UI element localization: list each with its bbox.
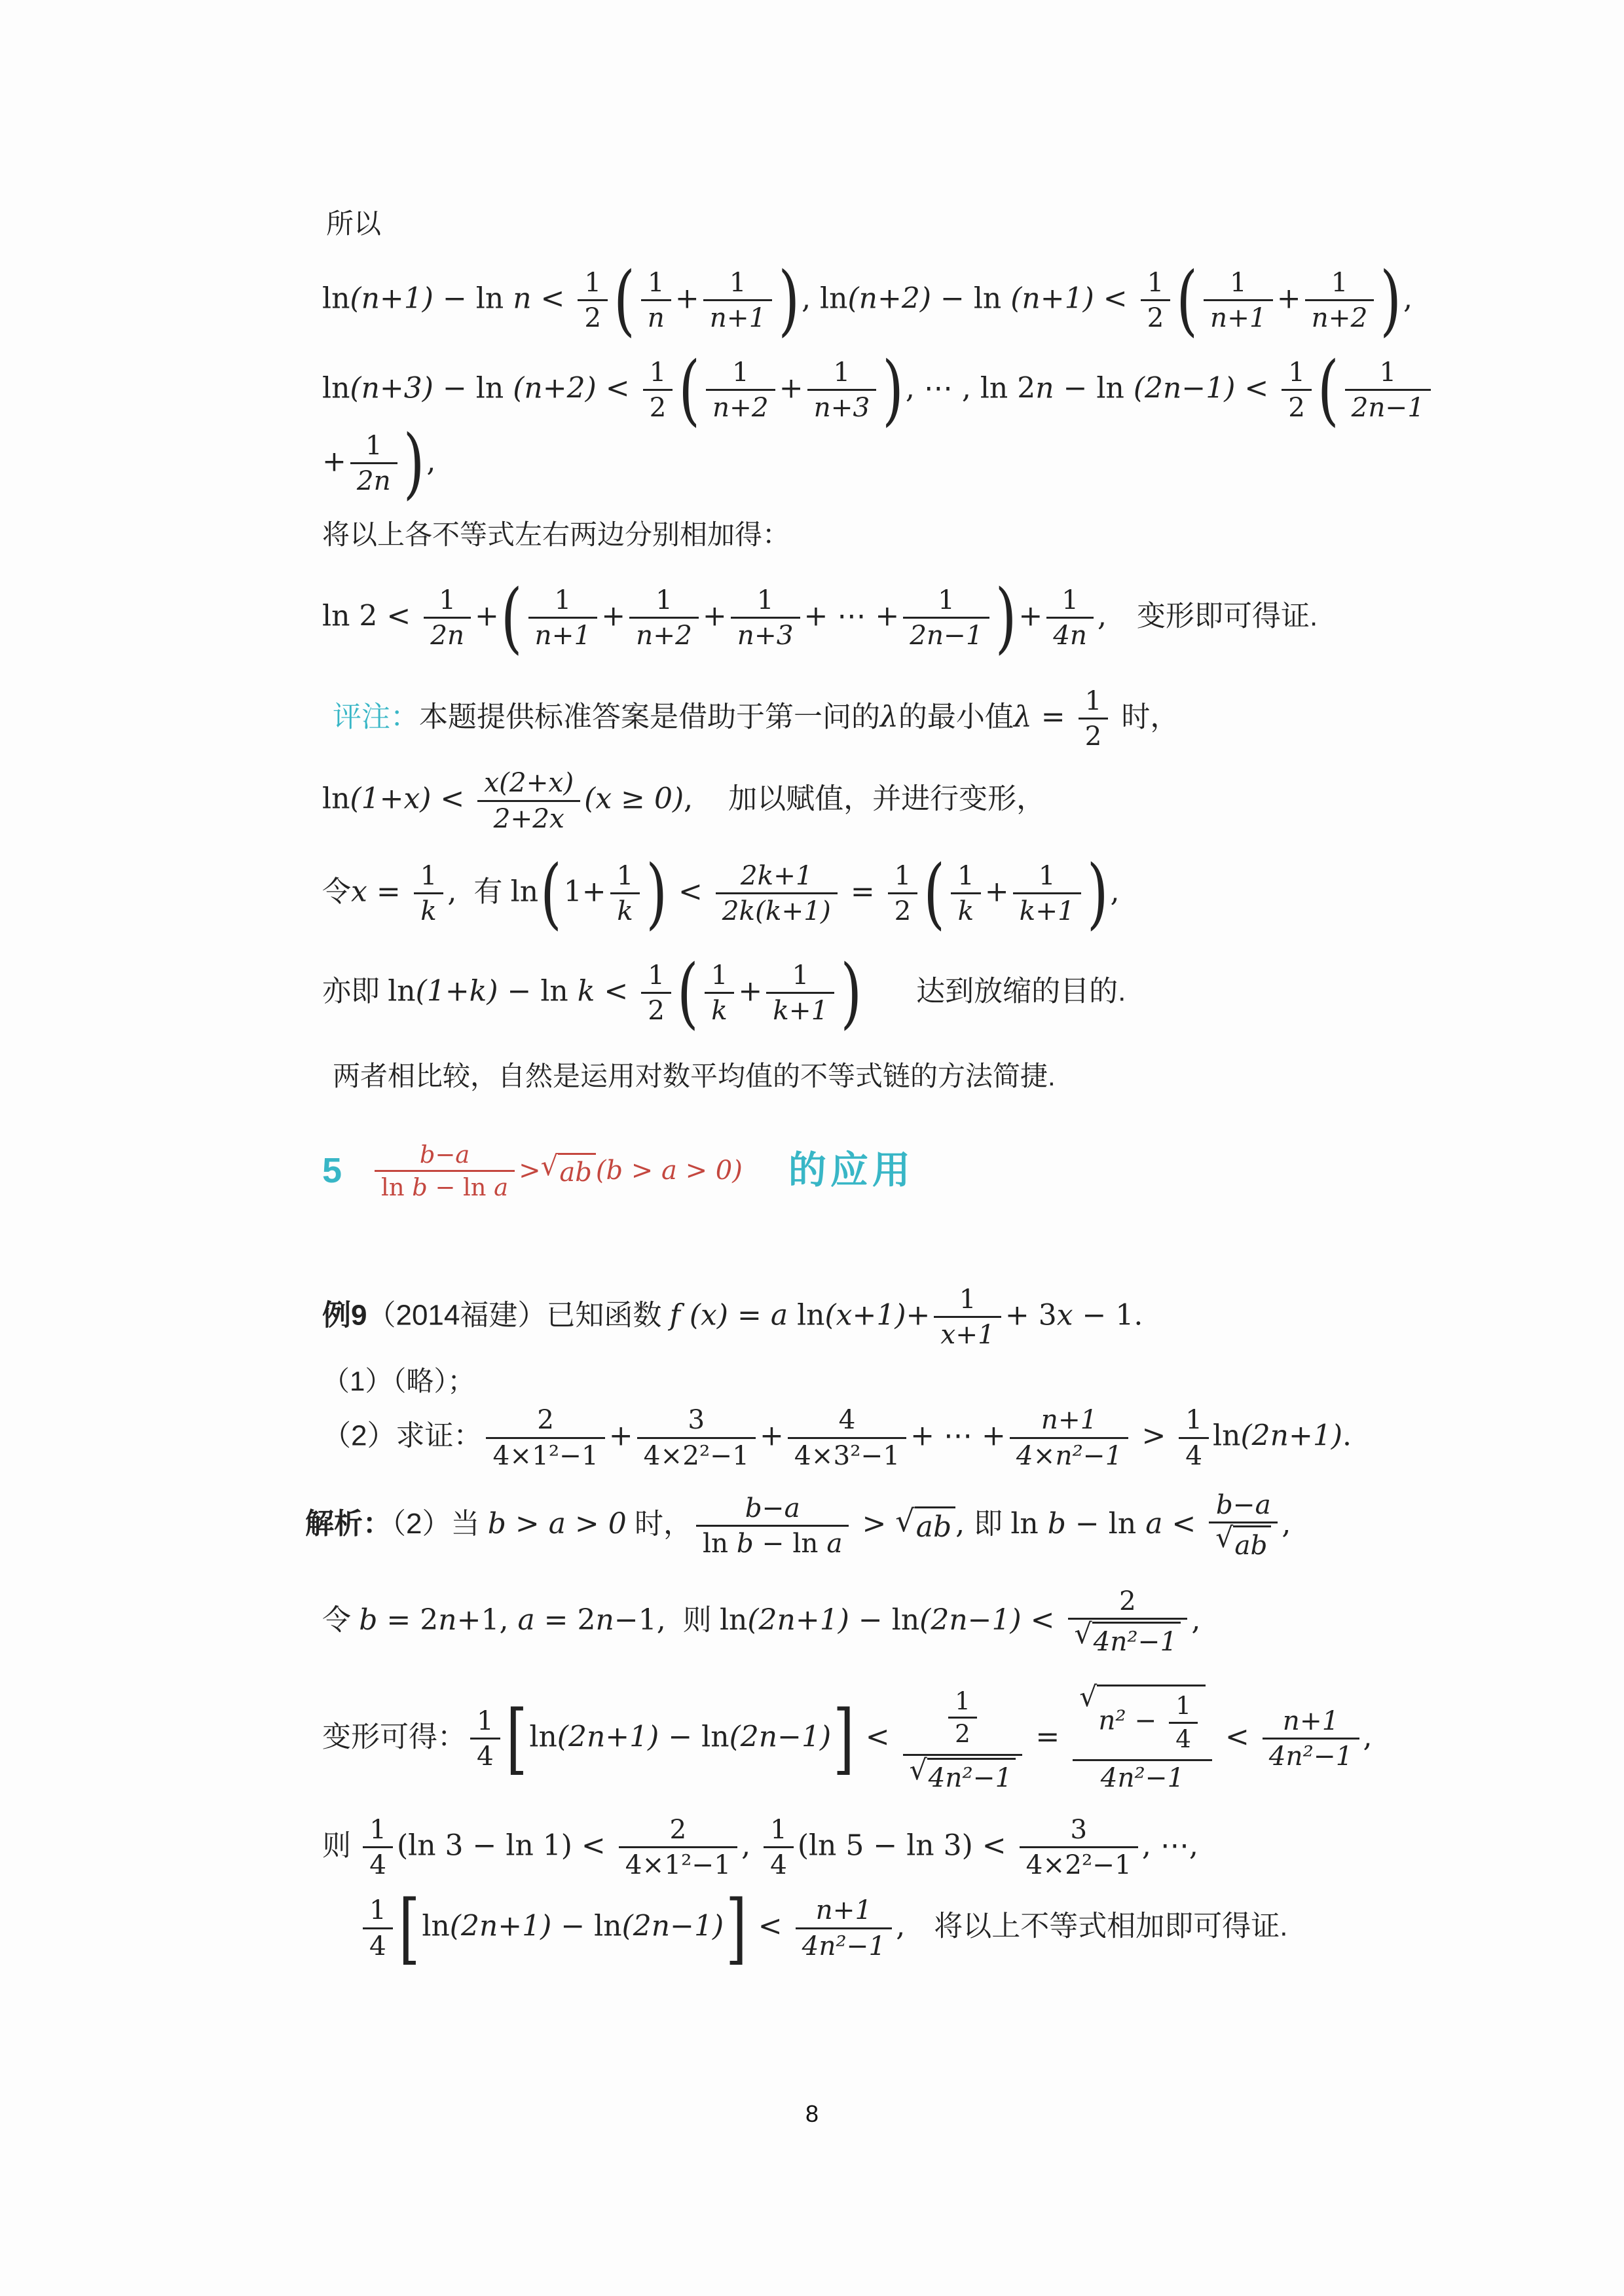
math-run: 2 — [648, 994, 665, 1026]
fraction: 14n — [1046, 585, 1094, 651]
fraction: b−aln b − ln a — [696, 1493, 849, 1559]
math-run: − ln — [1066, 1507, 1145, 1540]
math-run: 1 — [959, 1283, 976, 1315]
math-run: 1 — [1175, 1691, 1191, 1720]
fraction-denominator: 4 — [470, 1738, 500, 1771]
fraction-denominator: n+1 — [528, 617, 598, 650]
math-run: n+1 — [1210, 302, 1266, 333]
math-run: = — [1026, 1720, 1069, 1753]
math-run: 1 — [834, 356, 851, 388]
radical-sign: √ — [895, 1506, 914, 1536]
stretchy-bracket: ) — [995, 585, 1017, 650]
math-run: , — [1110, 875, 1119, 908]
text-run: （2）当 — [392, 1508, 488, 1540]
text-run: 变形可得： — [322, 1721, 466, 1753]
fraction-denominator: n+2 — [1305, 299, 1375, 333]
math-run: + — [779, 371, 803, 405]
math-run: b−a — [1216, 1489, 1271, 1520]
text-run: 令 — [322, 1604, 359, 1636]
fraction-numerator: 2 — [1068, 1586, 1188, 1618]
fraction: √n² − 144n²−1 — [1073, 1685, 1212, 1793]
math-run: 1 — [655, 584, 673, 615]
fraction-denominator: 4 — [363, 1846, 393, 1880]
formula-yiji: 亦即 ln(1+k) − ln k < 12(1k+1k+1)达到放缩的目的. — [322, 957, 1449, 1030]
fraction: 24×1²−1 — [486, 1405, 604, 1470]
text-run: 评注： — [333, 701, 419, 733]
fraction-numerator: 4 — [788, 1405, 906, 1436]
text-run: 的最小值 — [898, 701, 1014, 733]
math-run: 2k(k+1) — [722, 895, 831, 926]
stretchy-bracket: ] — [833, 1706, 855, 1771]
fraction: n+14×n²−1 — [1010, 1405, 1129, 1470]
fraction: 1k — [414, 861, 444, 926]
fraction: 12 — [948, 1688, 977, 1748]
math-run: 2 — [1288, 392, 1305, 423]
fraction-denominator: √ab — [1209, 1522, 1278, 1561]
fraction: 1n — [641, 268, 671, 333]
math-run: 1 — [729, 266, 747, 298]
math-run: b — [412, 1173, 428, 1201]
text-run: （1）（略）； — [322, 1366, 475, 1396]
fraction-denominator: 2n — [350, 462, 397, 496]
text-run: 即 — [974, 1508, 1010, 1540]
math-run: n+3 — [814, 392, 870, 423]
fraction-denominator: 4n²−1 — [1263, 1738, 1359, 1771]
math-run: a — [826, 1527, 842, 1559]
math-run: = — [728, 1298, 771, 1332]
math-run: 1 — [757, 584, 774, 615]
fraction-denominator: 4 — [764, 1846, 794, 1880]
text-run: 则 — [683, 1604, 720, 1636]
math-run: 1 — [477, 1705, 494, 1736]
fraction-denominator: 4×n²−1 — [1010, 1437, 1129, 1470]
math-run: n+1 — [535, 619, 591, 651]
text-run: 本题提供标准答案是借助于第一问的 — [419, 701, 880, 733]
paragraph-comparison: 两者相比较，自然是运用对数平均值的不等式链的方法简捷. — [333, 1059, 1449, 1094]
math-run: 4×1²−1 — [492, 1440, 598, 1471]
math-run: 1 — [1185, 1404, 1202, 1435]
text-run: 解析： — [305, 1508, 392, 1540]
math-run: ab — [1234, 1529, 1267, 1561]
fraction: 1n+1 — [1204, 268, 1273, 333]
math-run: (n+3) — [350, 371, 434, 405]
fraction-denominator: 4×2²−1 — [1020, 1846, 1138, 1880]
fraction-denominator: n+3 — [807, 389, 877, 422]
math-run: n+2 — [636, 619, 692, 651]
fraction: 12 — [643, 357, 673, 423]
fraction-denominator: 4×3²−1 — [788, 1437, 906, 1470]
text-run: 两者相比较，自然是运用对数平均值的不等式链的方法简捷. — [333, 1061, 1056, 1091]
math-run: − ln — [434, 371, 513, 405]
formula-final: 14[ln(2n+1) − ln(2n−1)] < n+14n²−1,将以上不等… — [359, 1891, 1449, 1965]
math-run: 4n²−1 — [1101, 1762, 1185, 1793]
fraction: 1n+2 — [1305, 268, 1375, 333]
math-run: (b > a > 0) — [596, 1154, 743, 1187]
stretchy-bracket: ) — [840, 960, 862, 1025]
fraction-numerator: b−a — [375, 1141, 515, 1170]
fraction: 12 — [888, 861, 918, 926]
math-run: 1 — [1061, 584, 1079, 615]
document-page: 所以ln(n+1) − ln n < 12(1n+1n+1), ln(n+2) … — [0, 0, 1624, 2296]
fraction: 12 — [578, 268, 608, 333]
fraction: b−aln b − ln a — [375, 1141, 515, 1201]
fraction-numerator: b−a — [1209, 1490, 1278, 1522]
math-run: 1 — [648, 266, 665, 298]
math-run: n+2 — [712, 392, 769, 423]
stretchy-bracket: ) — [1380, 268, 1401, 333]
math-run: 1 — [711, 959, 728, 991]
fraction-numerator: 2 — [619, 1815, 737, 1846]
fraction-denominator: n+2 — [706, 389, 775, 422]
fraction-denominator: n — [641, 299, 671, 333]
stretchy-bracket: ) — [778, 268, 800, 333]
math-run: n+3 — [737, 619, 794, 651]
math-run: 4n²−1 — [1094, 1626, 1177, 1657]
fraction-denominator: k — [610, 892, 640, 926]
math-run: = 2 — [535, 1603, 596, 1637]
math-run: x — [351, 875, 367, 908]
text-run: 有 — [473, 875, 510, 907]
math-run: 2k+1 — [741, 860, 813, 891]
math-run: 1 — [365, 429, 382, 461]
page-content: 所以ln(n+1) − ln n < 12(1n+1n+1), ln(n+2) … — [322, 204, 1449, 1965]
text-run: （2014福建）已知函数 — [367, 1299, 669, 1331]
math-run: λ — [880, 700, 898, 733]
sqrt-radical: √ab — [895, 1506, 955, 1545]
fraction-numerator: 1 — [1179, 1405, 1209, 1436]
math-run: + — [985, 875, 1009, 908]
text-run: 将以上各不等式左右两边分别相加得： — [322, 519, 790, 550]
fraction-denominator: 2n−1 — [903, 617, 989, 650]
fraction: 14 — [470, 1706, 500, 1772]
fraction-numerator: n+1 — [1263, 1706, 1359, 1738]
fraction-denominator: √4n²−1 — [903, 1754, 1023, 1794]
math-run: ln — [511, 875, 538, 908]
math-run: + — [1018, 599, 1043, 632]
radical-sign: √ — [541, 1152, 559, 1180]
math-run: 4 — [369, 1930, 386, 1961]
fraction: 1k — [705, 960, 735, 1026]
math-run: + ⋯ + — [804, 599, 900, 632]
fraction-denominator: 4n²−1 — [1073, 1759, 1212, 1793]
math-run: 1 — [617, 860, 634, 891]
math-run: 1 — [420, 860, 437, 891]
math-run: 4×n²−1 — [1016, 1440, 1122, 1471]
math-run: (n+1) — [350, 282, 434, 315]
formula-ln1px: ln(1+x) < x(2+x)2+2x(x ≥ 0),加以赋值，并进行变形， — [322, 764, 1449, 837]
stretchy-bracket: ( — [678, 357, 700, 422]
fraction-numerator: 1 — [578, 268, 608, 299]
math-run: (2n−1) — [729, 1720, 832, 1753]
fraction: 1k — [951, 861, 981, 926]
fraction-denominator: 2n−1 — [1345, 389, 1431, 422]
fraction-denominator: n+1 — [703, 299, 773, 333]
math-run: ln 2 < — [322, 599, 420, 632]
radical-sign: √ — [1215, 1525, 1233, 1553]
stretchy-bracket: ) — [882, 357, 904, 422]
math-run: 1 — [650, 356, 667, 388]
sqrt-radical: √ab — [1215, 1525, 1271, 1561]
math-run: ab — [916, 1510, 951, 1544]
fraction: x(2+x)2+2x — [477, 768, 580, 833]
item-1-omitted: （1）（略）； — [322, 1364, 1449, 1399]
math-run: (2n+1) — [557, 1720, 659, 1753]
math-run: < — [749, 1910, 792, 1943]
fraction-denominator: 4 — [1179, 1437, 1209, 1470]
math-run: ln — [388, 974, 415, 1008]
math-run: , — [1191, 1603, 1200, 1637]
math-run: ln — [1010, 1507, 1047, 1540]
math-run: k+1 — [773, 994, 828, 1026]
math-run: 1 — [955, 1686, 970, 1715]
math-run: 1 — [1147, 266, 1164, 298]
math-run: 4×2²−1 — [1026, 1849, 1132, 1880]
math-run: + — [738, 974, 762, 1008]
fraction-numerator: 1 — [641, 960, 671, 992]
text-run: 达到放缩的目的. — [916, 975, 1126, 1007]
math-run: (1+k) — [416, 974, 498, 1008]
math-run: 4 — [839, 1404, 856, 1435]
math-run: 2 — [955, 1719, 970, 1748]
math-run: x(2+x) — [484, 767, 574, 798]
formula-line-1: ln(n+1) − ln n < 12(1n+1n+1), ln(n+2) − … — [322, 264, 1449, 337]
math-run: 1 — [1039, 860, 1056, 891]
radical-sign: √ — [1075, 1621, 1092, 1649]
text-run: 亦即 — [322, 975, 388, 1007]
math-run: 3 — [688, 1404, 705, 1435]
fraction-denominator: 2 — [643, 389, 673, 422]
text-run: 例9 — [322, 1299, 367, 1331]
math-run: . — [1342, 1419, 1352, 1453]
fraction-denominator: 2 — [948, 1717, 977, 1748]
math-run: 2 — [584, 302, 601, 333]
math-run: n — [596, 1603, 614, 1637]
math-run: 3 — [1070, 1813, 1087, 1845]
math-run: 1 — [555, 584, 572, 615]
fraction-denominator: 4n²−1 — [796, 1927, 893, 1961]
text-run: 令 — [322, 875, 351, 907]
fraction-numerator: 1 — [641, 268, 671, 299]
sqrt-radical: √4n²−1 — [1075, 1622, 1181, 1658]
stretchy-bracket: ) — [403, 431, 425, 496]
math-run: ln — [703, 1527, 737, 1559]
stretchy-bracket: ( — [501, 585, 523, 650]
math-run: 1 — [648, 959, 665, 991]
math-run: + — [475, 599, 499, 632]
fraction-numerator: 1 — [934, 1285, 1001, 1316]
fraction: 14 — [363, 1815, 393, 1880]
fraction-numerator: n+1 — [796, 1895, 893, 1927]
fraction-numerator: 12 — [903, 1684, 1023, 1754]
math-run: (2n−1) — [622, 1910, 724, 1943]
fraction-numerator: 1 — [1204, 268, 1273, 299]
math-run: + ⋯ + — [910, 1419, 1006, 1453]
math-run: 4n — [1053, 619, 1087, 651]
radicand: ab — [915, 1506, 955, 1545]
math-run: b > a > 0 — [488, 1507, 627, 1540]
stretchy-bracket: ) — [1087, 861, 1109, 926]
fraction-denominator: √4n²−1 — [1068, 1618, 1188, 1658]
analysis-line: 解析：（2）当 b > a > 0 时，b−aln b − ln a > √ab… — [305, 1486, 1449, 1565]
fraction-numerator: 1 — [903, 585, 989, 617]
sqrt-radical: √4n²−1 — [910, 1758, 1016, 1794]
fraction-denominator: 2n — [424, 617, 471, 650]
fraction-denominator: 2 — [641, 992, 671, 1025]
math-run: ln — [422, 1910, 449, 1943]
fraction-numerator: 1 — [350, 431, 397, 462]
fraction-numerator: 1 — [948, 1688, 977, 1717]
math-run: x+1 — [940, 1319, 994, 1350]
math-run: b — [737, 1527, 754, 1559]
fraction-denominator: ln b − ln a — [696, 1525, 849, 1558]
math-run: 4 — [369, 1849, 386, 1880]
math-run: − ln — [428, 1173, 494, 1201]
math-run: (n+2) — [513, 371, 597, 405]
math-run: − 1. — [1073, 1298, 1143, 1332]
math-run: n+1 — [816, 1894, 872, 1925]
fraction-numerator: b−a — [696, 1493, 849, 1525]
fraction-denominator: n+1 — [1204, 299, 1273, 333]
fraction: 1n+3 — [731, 585, 800, 651]
fraction: 34×2²−1 — [1020, 1815, 1138, 1880]
math-run: ln — [381, 1173, 412, 1201]
formula-line-2: ln(n+3) − ln (n+2) < 12(1n+2+1n+3), ⋯ , … — [322, 354, 1449, 500]
math-run: 4×3²−1 — [794, 1440, 900, 1471]
radicand: 4n²−1 — [927, 1758, 1016, 1794]
math-run: 2n−1 — [1352, 392, 1424, 423]
math-run: 1 — [584, 266, 601, 298]
math-run: , — [1363, 1720, 1373, 1753]
math-run: < — [532, 282, 574, 315]
math-run: a — [771, 1298, 788, 1332]
math-run: 2n — [430, 619, 464, 651]
fraction-denominator: 2 — [1079, 718, 1109, 751]
math-run: 1 — [957, 860, 974, 891]
math-run: k+1 — [1020, 895, 1075, 926]
math-run: , — [955, 1507, 974, 1540]
fraction-numerator: 1 — [610, 861, 640, 892]
fraction-numerator: 1 — [643, 357, 673, 389]
math-run: 4×2²−1 — [644, 1440, 749, 1471]
fraction-denominator: 4 — [363, 1927, 393, 1961]
math-run: n+1 — [710, 302, 766, 333]
math-run: 1 — [1331, 266, 1348, 298]
math-run: < — [1235, 371, 1278, 405]
math-run: > — [1132, 1419, 1175, 1453]
fraction-numerator: 1 — [363, 1815, 393, 1846]
math-run: k — [711, 994, 728, 1026]
math-run: + — [675, 282, 699, 315]
fraction: 1n+1 — [528, 585, 598, 651]
fraction: 12 — [641, 960, 671, 1026]
math-run: 1 — [369, 1813, 386, 1845]
text-run: 时， — [627, 1508, 692, 1540]
math-run: < — [669, 875, 712, 908]
fraction-denominator: 2 — [1282, 389, 1312, 422]
math-run: 2 — [537, 1404, 554, 1435]
math-run: = — [1032, 700, 1075, 733]
fraction-numerator: 1 — [807, 357, 877, 389]
math-run: 4×1²−1 — [625, 1849, 731, 1880]
fraction-denominator: 2 — [578, 299, 608, 333]
stretchy-bracket: ( — [540, 861, 562, 926]
stretchy-bracket: ) — [646, 861, 667, 926]
fraction-denominator: n+3 — [731, 617, 800, 650]
math-run: − ln — [659, 1720, 729, 1753]
fraction: 14 — [1169, 1692, 1198, 1753]
math-run: (2n+1) — [1240, 1419, 1342, 1453]
math-run: (2n+1) — [747, 1603, 849, 1637]
fraction-numerator: 1 — [1169, 1692, 1198, 1722]
math-run: , — [684, 782, 693, 816]
math-run: ln — [1213, 1419, 1240, 1453]
stretchy-bracket: ( — [614, 268, 635, 333]
math-run: , — [426, 445, 435, 478]
math-run: + — [609, 1419, 633, 1453]
math-run: (1+x) — [350, 782, 431, 816]
fraction: 14 — [1179, 1405, 1209, 1470]
fraction-denominator: k+1 — [766, 992, 834, 1025]
math-run: − ln — [498, 974, 578, 1008]
fraction-numerator: 1 — [414, 861, 444, 892]
fraction-numerator: 2 — [486, 1405, 604, 1436]
fraction-numerator: 1 — [1079, 686, 1109, 718]
fraction: 12 — [1141, 268, 1171, 333]
math-run: 1 — [1085, 685, 1102, 716]
math-run: 2 — [895, 895, 912, 926]
math-run: 2 — [1085, 720, 1102, 752]
item-2-prove: （2）求证：24×1²−1+34×2²−1+44×3²−1+ ⋯ +n+14×n… — [322, 1401, 1449, 1474]
sqrt-radical: √n² − 14 — [1079, 1685, 1206, 1757]
math-run: 4 — [477, 1740, 494, 1772]
math-run: n+1 — [1041, 1404, 1098, 1435]
fraction: 1n+1 — [703, 268, 773, 333]
math-run: 1 — [770, 1813, 787, 1845]
math-run: 1 — [938, 584, 955, 615]
math-run: < — [857, 1720, 899, 1753]
fraction: 1n+2 — [629, 585, 699, 651]
math-run: k — [420, 895, 437, 926]
fraction-numerator: 1 — [888, 861, 918, 892]
math-run: , ln — [802, 282, 847, 315]
fraction-denominator: 2+2x — [477, 800, 580, 833]
example-9-line: 例9（2014福建）已知函数 f (x) = a ln(x+1)+1x+1+ 3… — [322, 1281, 1449, 1354]
math-run: f (x) — [670, 1298, 728, 1332]
fraction: 1k+1 — [766, 960, 834, 1026]
math-run: + — [703, 599, 727, 632]
fraction-numerator: 1 — [1305, 268, 1375, 299]
math-run: (n+1) — [1010, 282, 1094, 315]
text-run: 则 — [322, 1829, 359, 1861]
math-run: ln — [322, 282, 350, 315]
fraction: 12n — [424, 585, 471, 651]
text-run: 的应用 — [788, 1147, 914, 1195]
fraction: 12 — [1282, 357, 1312, 423]
fraction-denominator: 2k(k+1) — [716, 892, 838, 926]
text-run: 5 — [322, 1149, 342, 1194]
math-run: 2n — [357, 465, 391, 496]
fraction-numerator: 3 — [637, 1405, 756, 1436]
fraction-denominator: n+2 — [629, 617, 699, 650]
math-run: 4n²−1 — [802, 1930, 886, 1961]
fraction-numerator: 1 — [1282, 357, 1312, 389]
radicand: ab — [558, 1153, 595, 1188]
fraction: 14 — [363, 1895, 393, 1961]
fraction-denominator: 4 — [1169, 1722, 1198, 1753]
fraction-denominator: 2 — [888, 892, 918, 926]
fraction-denominator: 4n — [1046, 617, 1094, 650]
fraction-denominator: k — [414, 892, 444, 926]
